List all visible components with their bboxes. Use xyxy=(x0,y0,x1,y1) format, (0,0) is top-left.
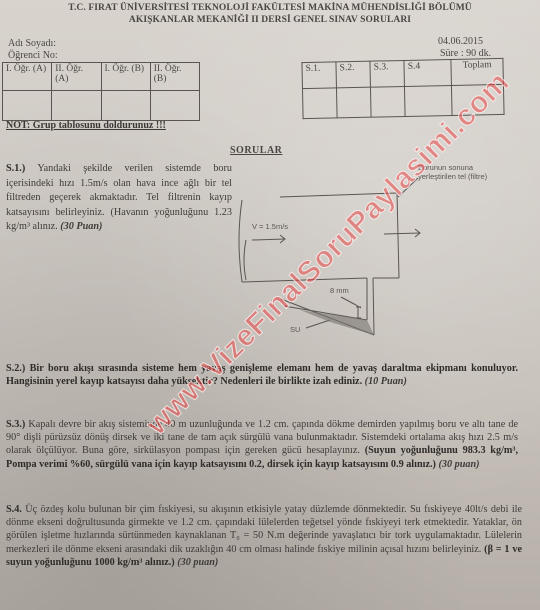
question-4-label: S.4. xyxy=(6,504,22,515)
velocity-label: V = 1.5m/s xyxy=(252,222,288,231)
filter-label-line1: Borunun sonuna xyxy=(418,163,473,172)
question-3: S.3.) Kapalı devre bir akış sisteminde 4… xyxy=(6,418,518,471)
filter-label-line2: yerleştirilen tel (filtre) xyxy=(418,172,487,181)
question-4-points: (30 puan) xyxy=(177,557,218,568)
question-2: S.2.) Bir boru akışı sırasında sisteme h… xyxy=(6,362,518,388)
question-2-text: Bir boru akışı sırasında sisteme hem yav… xyxy=(6,363,518,387)
question-2-points: (10 Puan) xyxy=(365,376,407,387)
question-3-points: (30 puan) xyxy=(438,459,479,470)
question-4-text: Üç özdeş kolu bulunan bir çim fıskiyesi,… xyxy=(6,504,522,555)
height-label: 8 mm xyxy=(330,286,349,295)
question-3-label: S.3.) xyxy=(6,419,25,430)
fluid-label: SU xyxy=(290,325,300,334)
question-4: S.4. Üç özdeş kolu bulunan bir çim fıski… xyxy=(6,503,522,569)
question-2-label: S.2.) xyxy=(6,363,25,374)
